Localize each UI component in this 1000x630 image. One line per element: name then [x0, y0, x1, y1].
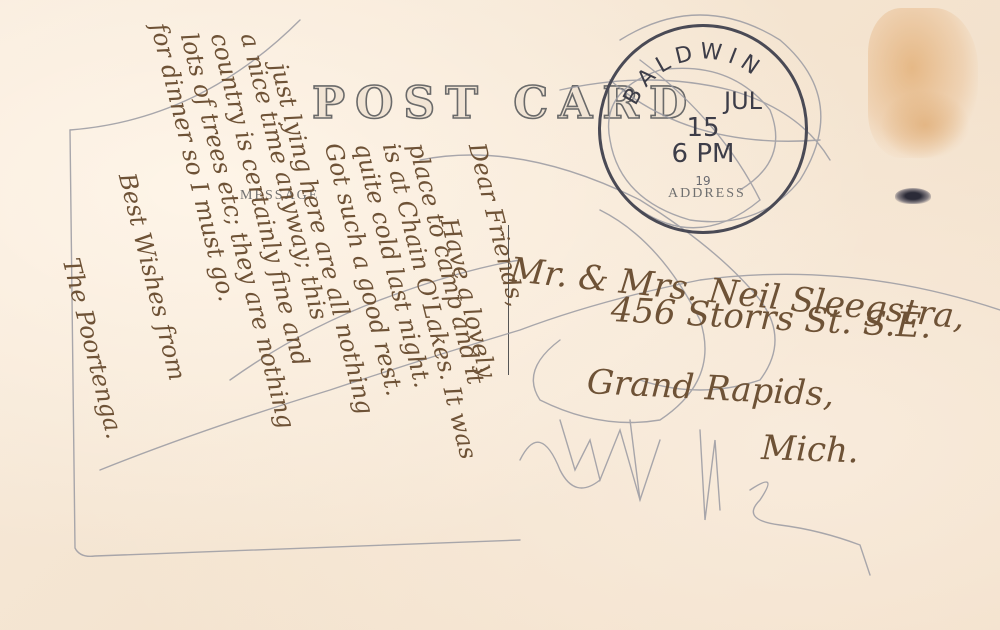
- postmark-time: 6 PM: [601, 141, 805, 167]
- postmark-year: 19: [601, 175, 805, 187]
- postmark-month: JUL: [601, 89, 845, 113]
- postmark-day: 15: [601, 115, 805, 141]
- address-line-state: Mich.: [761, 428, 860, 471]
- ink-blot: [895, 188, 931, 204]
- message-closing: Best Wishes from: [113, 170, 192, 383]
- postcard-back: POST CARD MESSAGE ADDRESS: [0, 0, 1000, 630]
- postmark: BALDWIN JUL 15 6 PM 19: [598, 24, 808, 234]
- water-stain-lower: [880, 90, 970, 160]
- address-line-city: Grand Rapids,: [586, 362, 835, 415]
- message-signature: The Poortenga.: [57, 255, 129, 442]
